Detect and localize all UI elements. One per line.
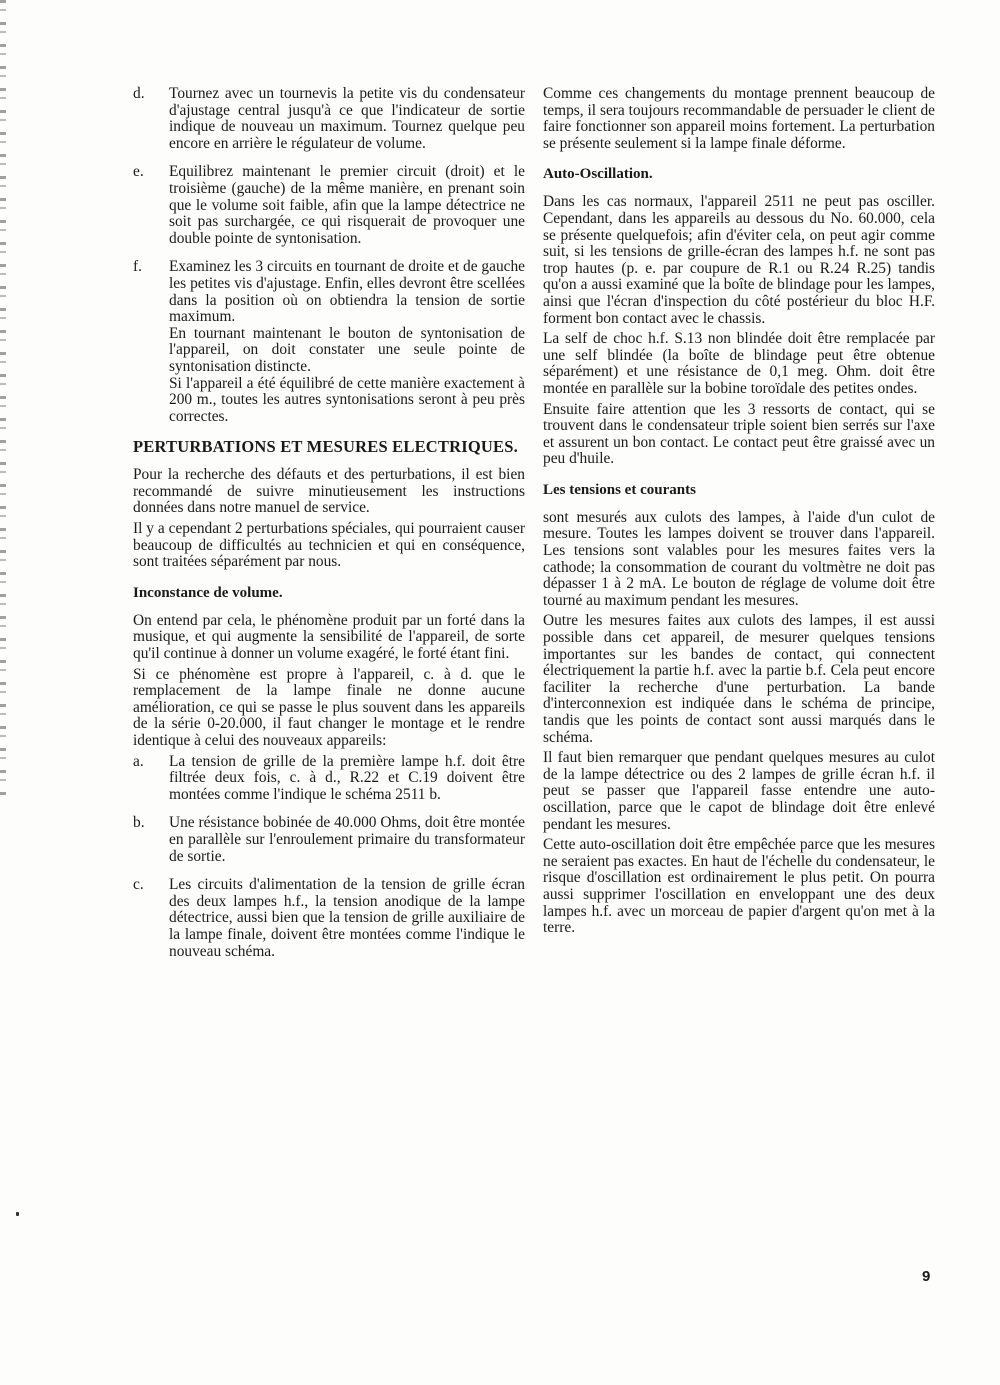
list-letter: a.	[133, 754, 169, 804]
list-letter: b.	[133, 815, 169, 865]
list-item-b: b. Une résistance bobinée de 40.000 Ohms…	[133, 815, 525, 865]
list-letter: c.	[133, 877, 169, 960]
scan-speck	[16, 1212, 19, 1216]
paragraph: Pour la recherche des défauts et des per…	[133, 467, 525, 517]
list-item-a: a. La tension de grille de la première l…	[133, 754, 525, 804]
paragraph: Il faut bien remarquer que pendant quelq…	[543, 750, 935, 833]
paragraph: sont mesurés aux culots des lampes, à l'…	[543, 510, 935, 610]
subhead-tensions: Les tensions et courants	[543, 482, 935, 498]
list-text: En tournant maintenant le bouton de synt…	[169, 326, 525, 376]
list-text: Une résistance bobinée de 40.000 Ohms, d…	[169, 815, 525, 865]
paragraph: La self de choc h.f. S.13 non blindée do…	[543, 331, 935, 397]
paragraph: Il y a cependant 2 perturbations spécial…	[133, 521, 525, 571]
scan-margin-artifact	[0, 0, 6, 800]
section-title: PERTURBATIONS ET MESURES ELECTRIQUES.	[133, 439, 525, 455]
right-column: Comme ces changements du montage prennen…	[543, 86, 935, 941]
list-text: La tension de grille de la première lamp…	[169, 754, 525, 804]
paragraph-intro: Comme ces changements du montage prennen…	[543, 86, 935, 152]
list-text: Les circuits d'alimentation de la tensio…	[169, 877, 525, 960]
subhead-auto-oscillation: Auto-Oscillation.	[543, 166, 935, 182]
list-text: Examinez les 3 circuits en tournant de d…	[169, 259, 525, 325]
page-number: 9	[922, 1268, 930, 1285]
paragraph: On entend par cela, le phénomène produit…	[133, 613, 525, 663]
paragraph: Ensuite faire attention que les 3 ressor…	[543, 402, 935, 468]
list-item-d: d. Tournez avec un tournevis la petite v…	[133, 86, 525, 152]
list-item-c: c. Les circuits d'alimentation de la ten…	[133, 877, 525, 960]
paragraph: Si ce phénomène est propre à l'appareil,…	[133, 667, 525, 750]
list-text: Equilibrez maintenant le premier circuit…	[169, 164, 525, 247]
list-letter: f.	[133, 259, 169, 425]
paragraph: Cette auto-oscillation doit être empêché…	[543, 837, 935, 937]
paragraph: Outre les mesures faites aux culots des …	[543, 613, 935, 746]
left-column: d. Tournez avec un tournevis la petite v…	[133, 86, 525, 972]
list-letter: e.	[133, 164, 169, 247]
list-item-e: e. Equilibrez maintenant le premier circ…	[133, 164, 525, 247]
paragraph: Dans les cas normaux, l'appareil 2511 ne…	[543, 194, 935, 327]
list-letter: d.	[133, 86, 169, 152]
list-text: Tournez avec un tournevis la petite vis …	[169, 86, 525, 152]
subhead-inconstance: Inconstance de volume.	[133, 585, 525, 601]
list-item-f: f. Examinez les 3 circuits en tournant d…	[133, 259, 525, 425]
list-text: Si l'appareil a été équilibré de cette m…	[169, 376, 525, 426]
